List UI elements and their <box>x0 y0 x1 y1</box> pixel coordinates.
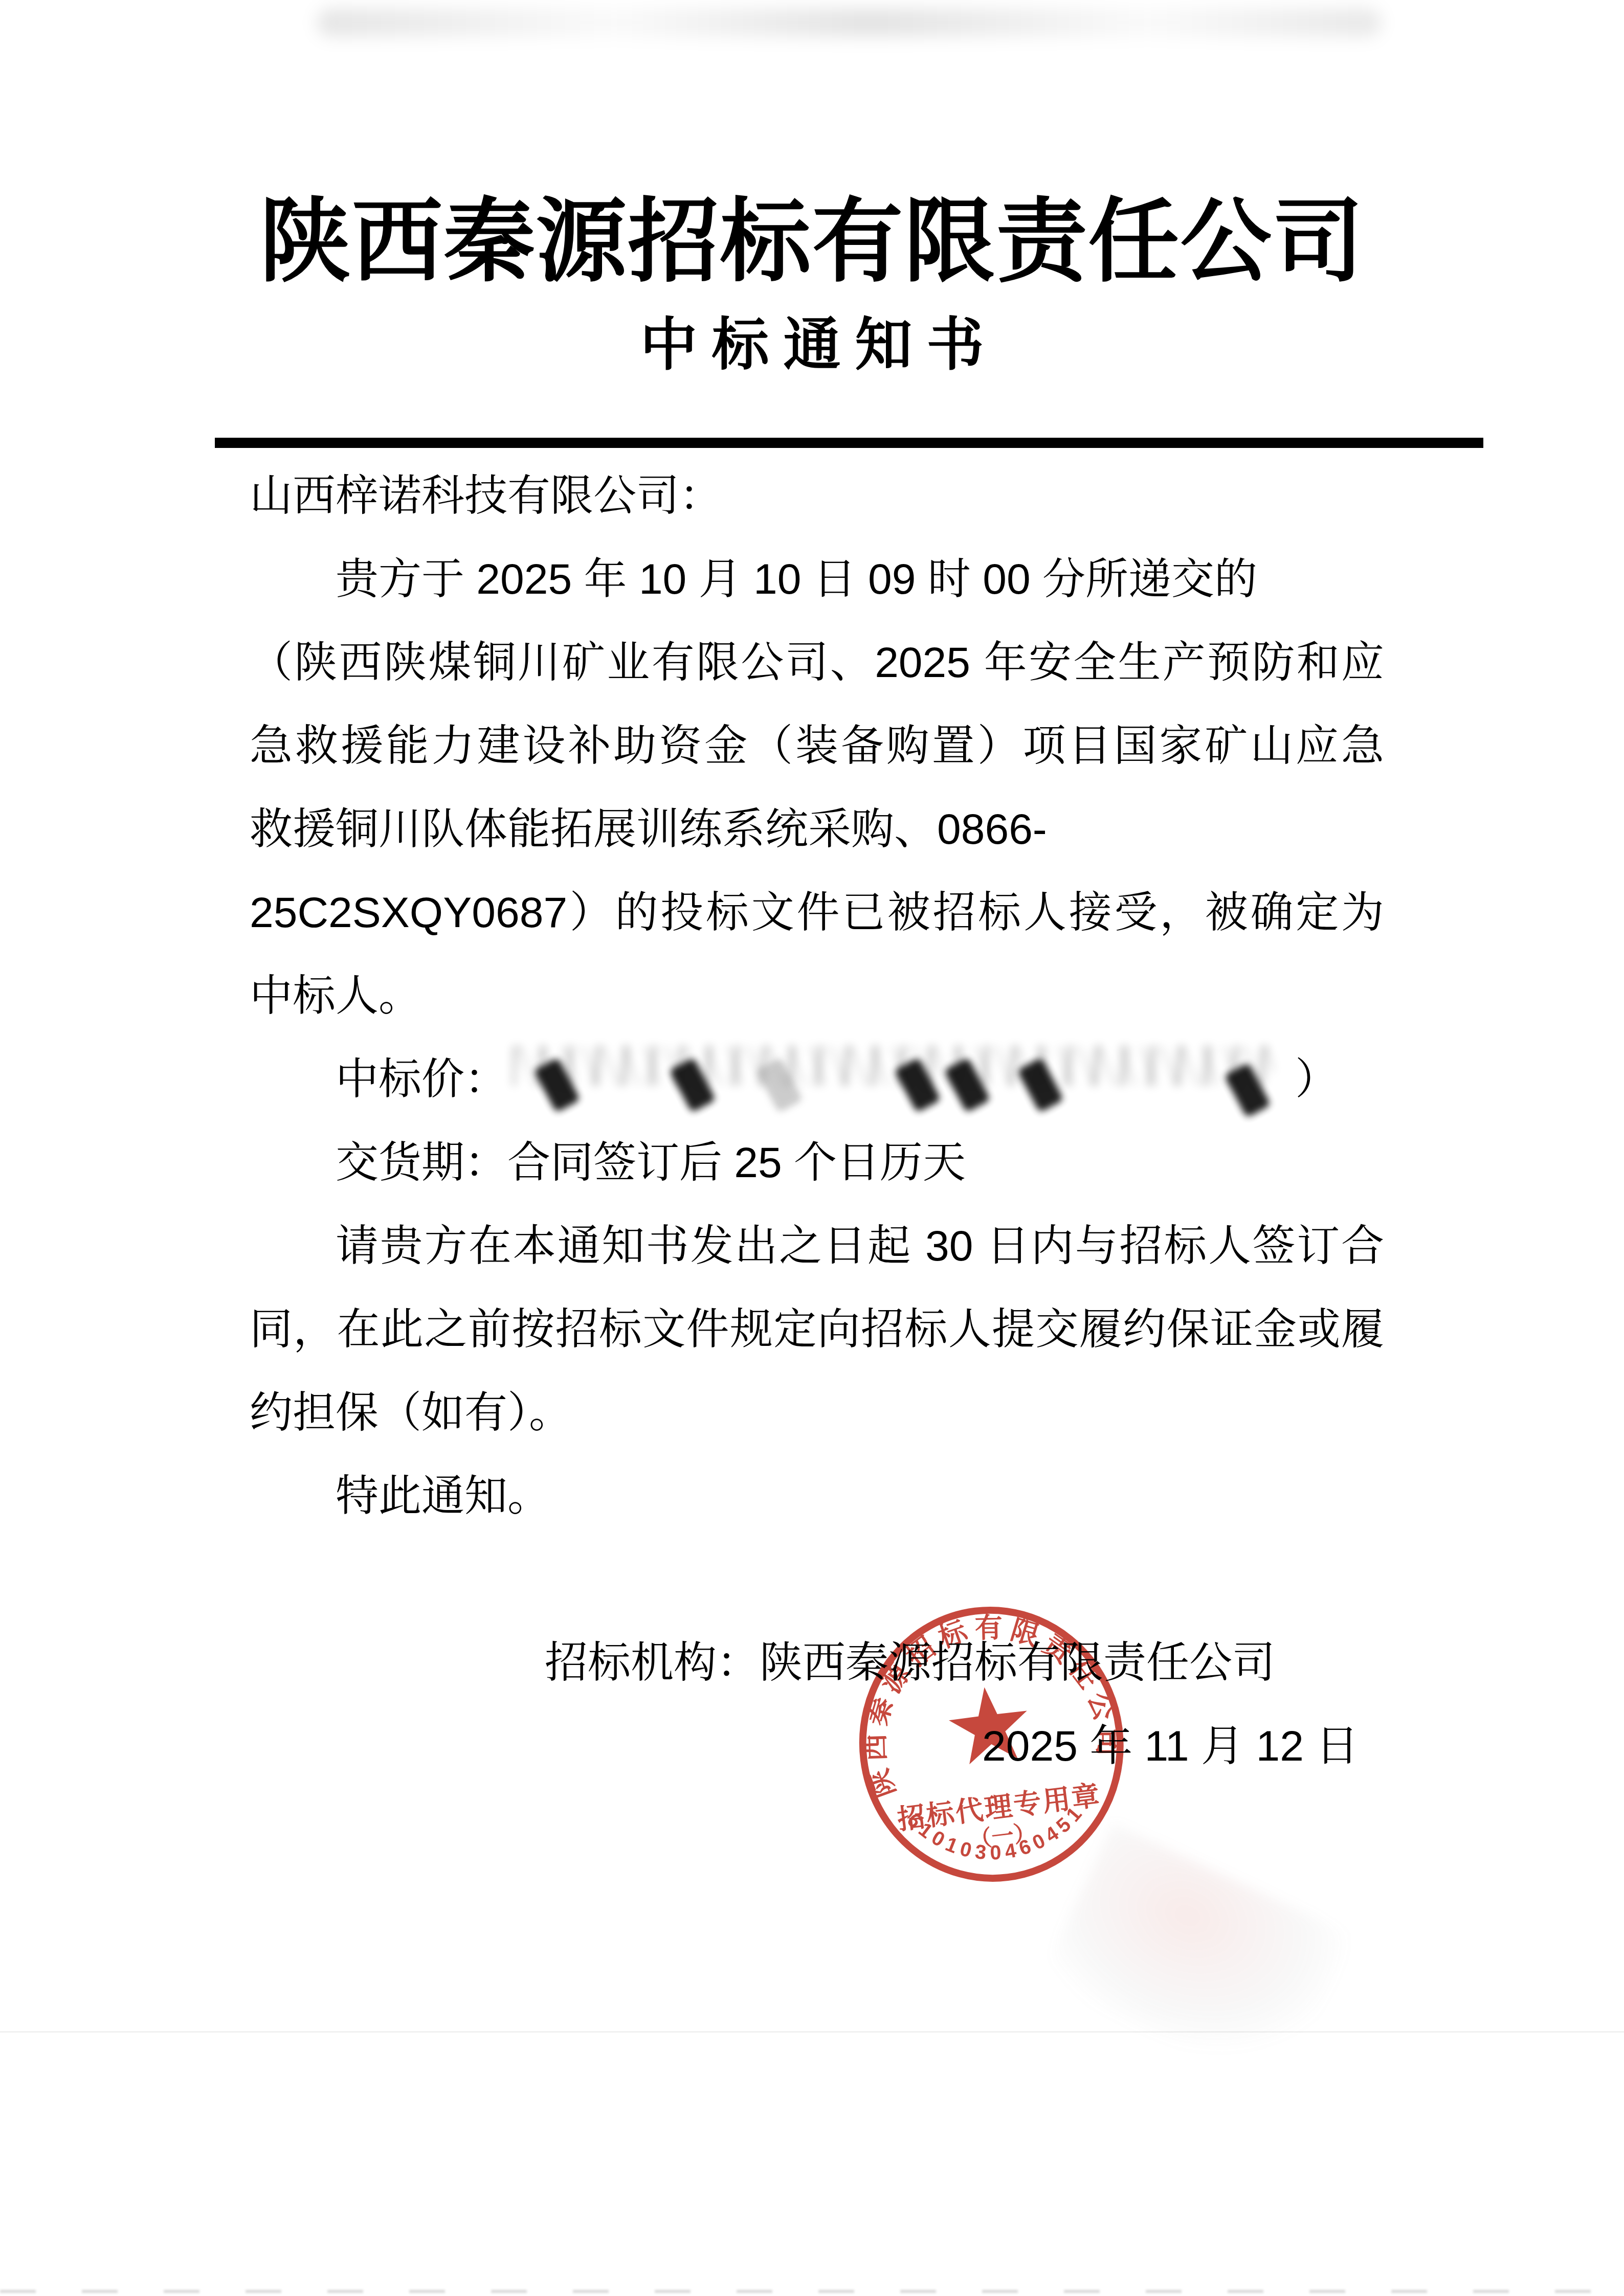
scan-artifact-top <box>317 8 1381 37</box>
date-line: 2025 年 11 月 12 日 <box>250 1704 1384 1788</box>
blank-line <box>250 1538 1384 1621</box>
body-line: 25C2SXQY0687）的投标文件已被招标人接受，被确定为 <box>250 871 1384 954</box>
agency-line: 招标机构：陕西秦源招标有限责任公司 <box>250 1621 1384 1704</box>
delivery-line: 交货期：合同签订后 25 个日历天 <box>250 1121 1384 1204</box>
price-line: 中标价：） <box>250 1038 1384 1121</box>
price-suffix: ） <box>1295 1055 1338 1103</box>
document-page: 陕西秦源招标有限责任公司 中 标 通 知 书 陕西秦源招标有限责任公司 招标代理… <box>0 0 1624 2296</box>
body-line: 贵方于 2025 年 10 月 10 日 09 时 00 分所递交的 <box>250 537 1384 621</box>
price-label: 中标价： <box>336 1055 507 1103</box>
body-line: （陕西陕煤铜川矿业有限公司、2025 年安全生产预防和应 <box>250 621 1384 704</box>
scan-artifact-hairline <box>0 2031 1624 2033</box>
body-line: 约担保（如有）。 <box>250 1371 1384 1454</box>
closing-line: 特此通知。 <box>250 1454 1384 1538</box>
recipient-line: 山西梓诺科技有限公司： <box>250 454 1384 537</box>
body-line: 同，在此之前按招标文件规定向招标人提交履约保证金或履 <box>250 1288 1384 1371</box>
body-line: 请贵方在本通知书发出之日起 30 日内与招标人签订合 <box>250 1204 1384 1288</box>
scan-artifact-bottom <box>0 2290 1624 2293</box>
body-line: 急救援能力建设补助资金（装备购置）项目国家矿山应急 <box>250 704 1384 787</box>
divider-rule <box>215 438 1483 448</box>
page-title: 陕西秦源招标有限责任公司 <box>0 188 1624 298</box>
doc-subtitle: 中 标 通 知 书 <box>0 313 1624 379</box>
price-redaction <box>507 1046 1295 1107</box>
letter-body: 山西梓诺科技有限公司： 贵方于 2025 年 10 月 10 日 09 时 00… <box>250 454 1384 1788</box>
body-line: 中标人。 <box>250 954 1384 1038</box>
body-line: 救援铜川队体能拓展训练系统采购、0866- <box>250 787 1384 871</box>
